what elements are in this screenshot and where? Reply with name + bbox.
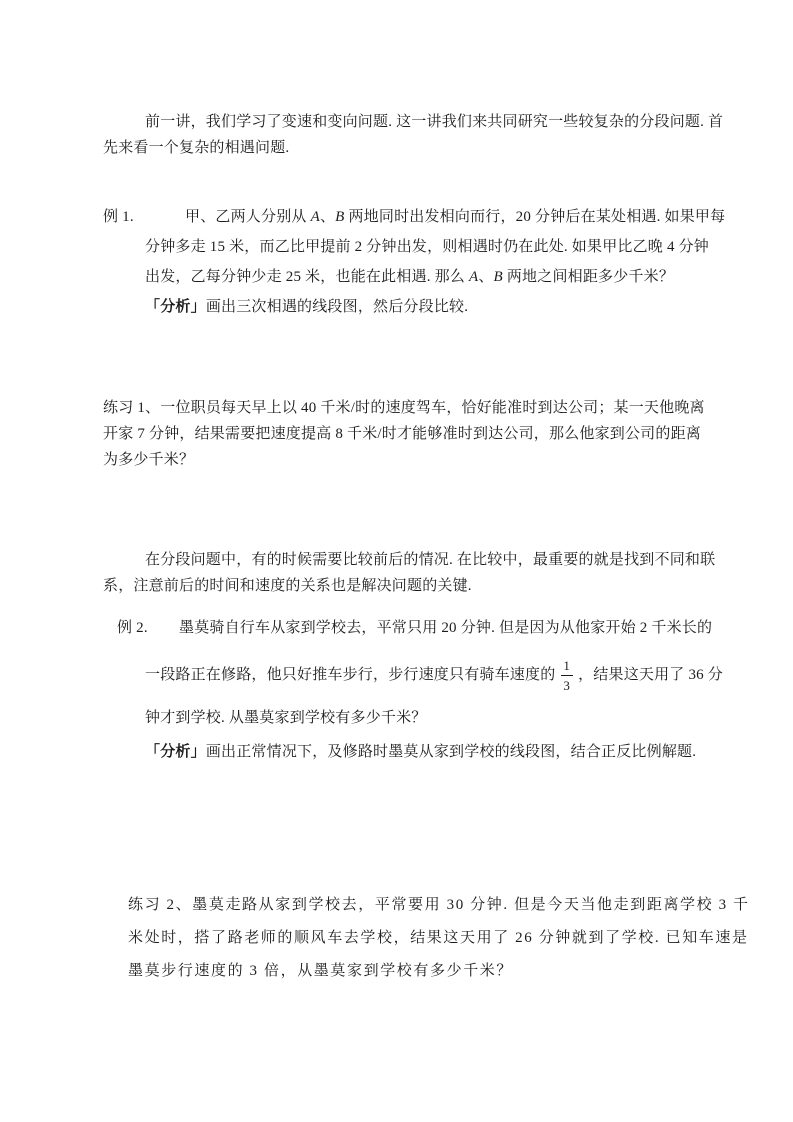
example2-text: 一段路正在修路，他只好推车步行，步行速度只有骑车速度的 bbox=[145, 664, 555, 686]
practice1-line-1: 练习 1、一位职员每天早上以 40 千米/时的速度驾车，恰好能准时到达公司；某一… bbox=[103, 395, 705, 421]
practice2-section: 练习 2、墨莫走路从家到学校去，平常要用 30 分钟. 但是今天当他走到距离学校… bbox=[128, 889, 750, 988]
practice1-line-3: 为多少千米？ bbox=[103, 447, 705, 473]
example2-text: 墨莫骑自行车从家到学校去，平常只用 20 分钟. 但是因为从他家开始 2 千米长… bbox=[179, 620, 712, 636]
example1-text: 、 bbox=[320, 209, 335, 225]
example2-line-1: 例 2.墨莫骑自行车从家到学校去，平常只用 20 分钟. 但是因为从他家开始 2… bbox=[117, 617, 712, 639]
example1-text: 甲、乙两人分别从 bbox=[185, 209, 311, 225]
transition-line-2: 系，注意前后的时间和速度的关系也是解决问题的关键. bbox=[103, 573, 715, 599]
analysis-text: 画出正常情况下，及修路时墨莫从家到学校的线段图，结合正反比例解题. bbox=[206, 744, 696, 760]
practice1-line-2: 开家 7 分钟，结果需要把速度提高 8 千米/时才能够准时到达公司，那么他家到公… bbox=[103, 421, 705, 447]
example2-text: ，结果这天用了 36 分 bbox=[578, 664, 723, 686]
analysis-text: 画出三次相遇的线段图，然后分段比较. bbox=[206, 299, 468, 315]
example1-label: 例 1. bbox=[103, 202, 185, 232]
analysis-label: 「分析」 bbox=[145, 299, 206, 315]
variable-b: B bbox=[335, 209, 344, 225]
intro-line-2: 先来看一个复杂的相遇问题. bbox=[103, 135, 723, 161]
example2-label: 例 2. bbox=[117, 617, 179, 639]
practice1-section: 练习 1、一位职员每天早上以 40 千米/时的速度驾车，恰好能准时到达公司；某一… bbox=[103, 395, 705, 473]
example2-line-2: 一段路正在修路，他只好推车步行，步行速度只有骑车速度的13，结果这天用了 36 … bbox=[145, 652, 723, 698]
analysis-label: 「分析」 bbox=[145, 744, 206, 760]
transition-paragraph: 在分段问题中，有的时候需要比较前后的情况. 在比较中，最重要的就是找到不同和联 … bbox=[103, 547, 715, 599]
practice2-line-2: 米处时，搭了路老师的顺风车去学校，结果这天用了 26 分钟就到了学校. 已知车速… bbox=[128, 922, 750, 955]
example1-section: 例 1.甲、乙两人分别从 A、B 两地同时出发相向而行，20 分钟后在某处相遇.… bbox=[103, 202, 725, 322]
intro-line-1: 前一讲，我们学习了变速和变向问题. 这一讲我们来共同研究一些较复杂的分段问题. … bbox=[103, 109, 723, 135]
document-page: 前一讲，我们学习了变速和变向问题. 这一讲我们来共同研究一些较复杂的分段问题. … bbox=[0, 0, 793, 1122]
example1-text: 出发，乙每分钟少走 25 米，也能在此相遇. 那么 bbox=[145, 269, 469, 285]
example1-text: 两地同时出发相向而行，20 分钟后在某处相遇. 如果甲每 bbox=[345, 209, 726, 225]
variable-a: A bbox=[469, 269, 478, 285]
variable-b: B bbox=[494, 269, 503, 285]
example1-analysis: 「分析」画出三次相遇的线段图，然后分段比较. bbox=[103, 292, 725, 322]
example2-line-3: 钟才到学校. 从墨莫家到学校有多少千米？ bbox=[145, 707, 427, 729]
practice2-line-3: 墨莫步行速度的 3 倍，从墨莫家到学校有多少千米？ bbox=[128, 955, 750, 988]
fraction-numerator: 1 bbox=[560, 659, 573, 675]
example1-line-1: 例 1.甲、乙两人分别从 A、B 两地同时出发相向而行，20 分钟后在某处相遇.… bbox=[103, 202, 725, 232]
example2-analysis: 「分析」画出正常情况下，及修路时墨莫从家到学校的线段图，结合正反比例解题. bbox=[145, 741, 696, 763]
fraction-one-third: 13 bbox=[560, 659, 573, 692]
example1-line-2: 分钟多走 15 米，而乙比甲提前 2 分钟出发，则相遇时仍在此处. 如果甲比乙晚… bbox=[103, 232, 725, 262]
variable-a: A bbox=[311, 209, 320, 225]
example1-line-3: 出发，乙每分钟少走 25 米，也能在此相遇. 那么 A、B 两地之间相距多少千米… bbox=[103, 262, 725, 292]
transition-line-1: 在分段问题中，有的时候需要比较前后的情况. 在比较中，最重要的就是找到不同和联 bbox=[103, 547, 715, 573]
example1-text: 两地之间相距多少千米？ bbox=[503, 269, 674, 285]
example1-text: 、 bbox=[478, 269, 493, 285]
practice2-line-1: 练习 2、墨莫走路从家到学校去，平常要用 30 分钟. 但是今天当他走到距离学校… bbox=[128, 889, 750, 922]
intro-paragraph: 前一讲，我们学习了变速和变向问题. 这一讲我们来共同研究一些较复杂的分段问题. … bbox=[103, 109, 723, 161]
fraction-denominator: 3 bbox=[560, 676, 573, 692]
